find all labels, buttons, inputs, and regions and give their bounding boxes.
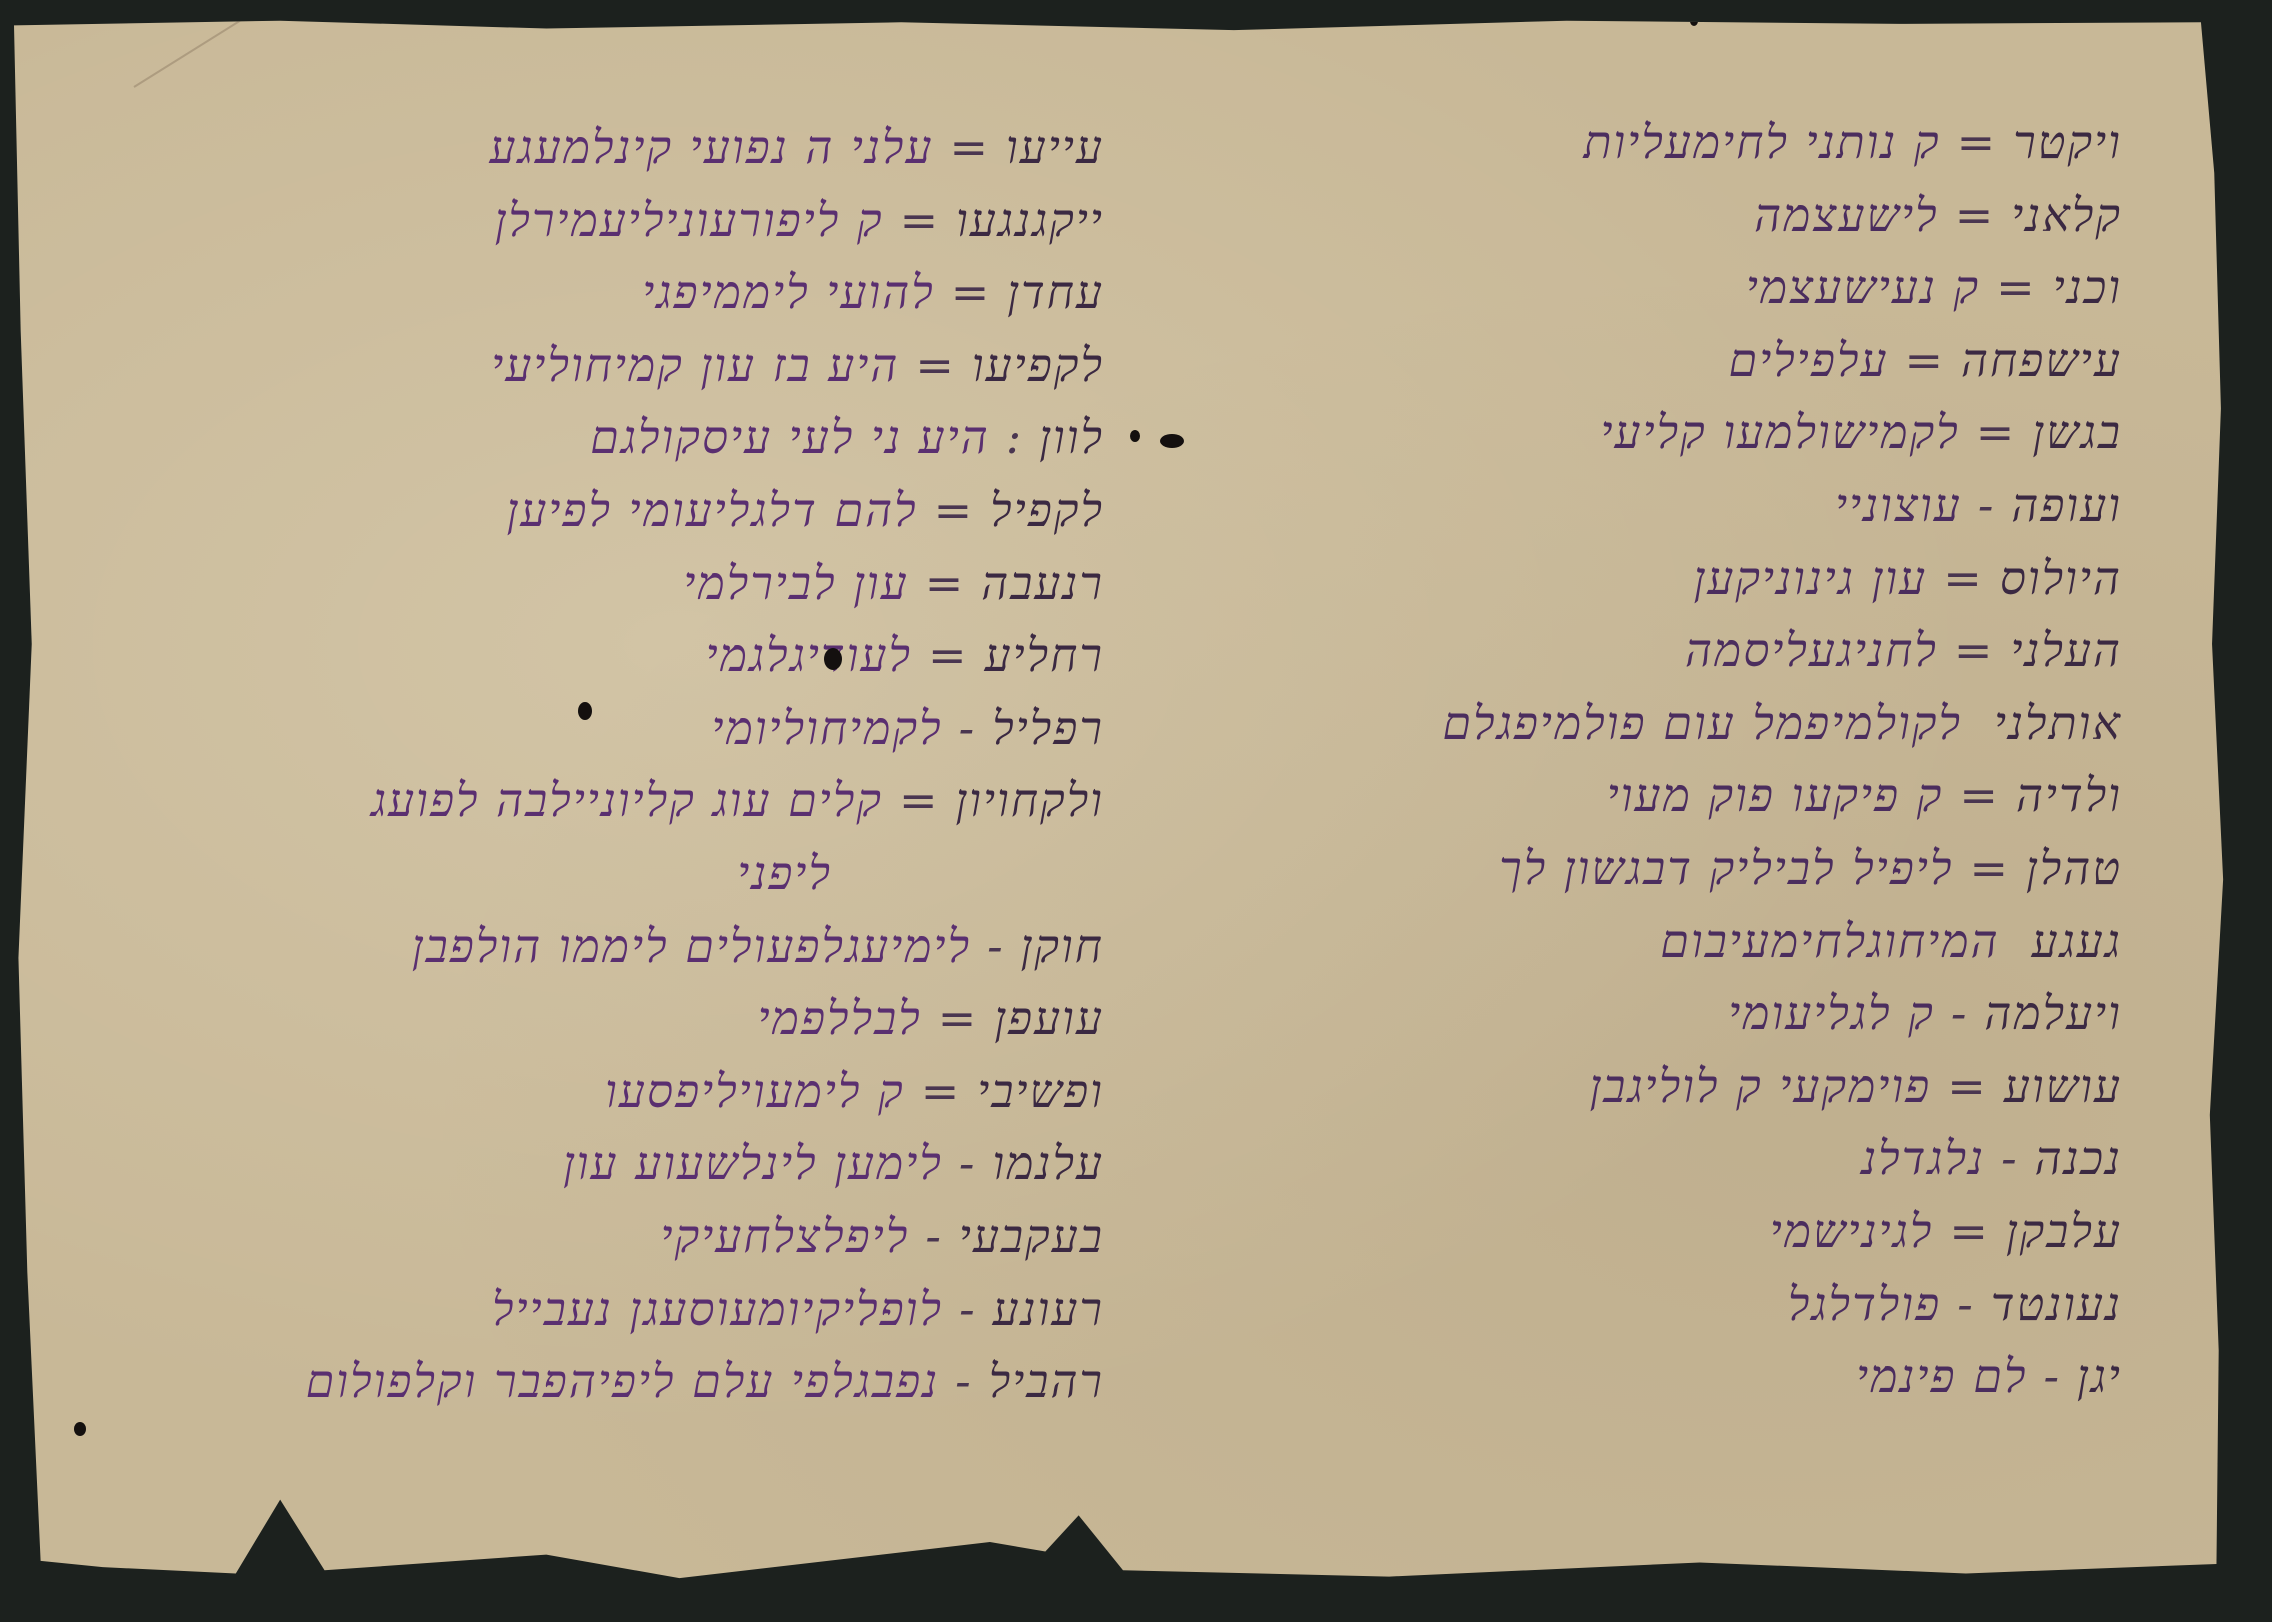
equals-sign: = [909,556,982,610]
glossary-definition: ליפלצלחעיקי [661,1209,910,1263]
ink-blot [578,702,592,720]
equals-sign: - [971,919,1021,973]
glossary-line: חוקן-לימיעגלפעולים ליממו הולפבן [44,910,1104,983]
equals-sign: = [1953,841,2026,895]
glossary-term: יגן [2077,1349,2122,1403]
glossary-term: עייעו [1006,120,1104,174]
glossary-term: ויעלמה [1984,986,2122,1040]
glossary-term: נעונטד [1991,1277,2122,1331]
equals-sign: : [990,410,1040,464]
glossary-term: רהביל [989,1354,1104,1408]
glossary-term: ויקטר [2013,115,2122,169]
glossary-line: נכנה-נלגדלנ [1072,1122,2122,1195]
equals-sign: = [933,120,1006,174]
equals-sign: = [899,338,972,392]
glossary-term: עושוע [2004,1059,2122,1113]
glossary-term: ייקגנגעו [956,193,1104,247]
glossary-definition: לקמישולמעו קליעי [1600,405,1959,459]
equals-sign: = [1943,768,2016,822]
glossary-line: עחדן=להועי ליממיפגי [44,256,1104,329]
right-column: ויקטר=ק נותני לחימעליותקלאני=לישעצמהוכני… [1072,106,2122,1413]
glossary-definition: קלים עוג קליוניילבה לפועג [371,773,883,827]
equals-sign: = [884,193,957,247]
glossary-term: בעקבעי [959,1209,1104,1263]
glossary-definition: לישעצמה [1754,188,1939,242]
glossary-line: העלני=לחניגעליסמה [1072,614,2122,687]
equals-sign: = [1980,260,2053,314]
equals-sign: = [1927,551,2000,605]
glossary-term: עלנמו [992,1136,1104,1190]
glossary-definition: ק נעישעצמי [1746,260,1980,314]
glossary-term: קלאני [2011,188,2122,242]
glossary-definition: לימיעגלפעולים ליממו הולפבן [412,919,971,973]
glossary-term: לקפיל [990,483,1104,537]
glossary-line: רהביל-נפבגלפי עלם ליפיהפבר וקלפולום [44,1345,1104,1418]
glossary-definition: להועי ליממיפגי [642,265,934,319]
ink-blot [1130,430,1140,442]
ink-blot [1690,16,1698,26]
equals-sign: = [1889,333,1962,387]
glossary-line: יגן-לם פינמי [1072,1340,2122,1413]
glossary-line: רעונע-לופליקיומעוסעגן נעבייל [44,1273,1104,1346]
equals-sign [2000,914,2032,968]
glossary-definition: ליפני [737,846,832,900]
equals-sign: = [935,265,1008,319]
glossary-definition: לגינישמי [1770,1204,1934,1258]
equals-sign [832,846,864,900]
glossary-term: רנעבה [981,556,1104,610]
glossary-line: בעקבעי-ליפלצלחעיקי [44,1200,1104,1273]
glossary-definition: עון גינוניקען [1694,551,1928,605]
glossary-term: ועופה [2011,478,2122,532]
equals-sign: = [912,628,985,682]
equals-sign: - [909,1209,959,1263]
equals-sign: - [1962,478,2012,532]
equals-sign: = [1938,623,2011,677]
equals-sign: - [1941,1277,1991,1331]
glossary-definition: עוצוניי [1835,478,1962,532]
glossary-term: וכני [2053,260,2122,314]
glossary-line: ויקטר=ק נותני לחימעליות [1072,106,2122,179]
manuscript-page: ויקטר=ק נותני לחימעליותקלאני=לישעצמהוכני… [14,16,2232,1586]
glossary-term: העלני [2010,623,2122,677]
glossary-term: ופשיבי [977,1064,1104,1118]
glossary-line: נעונטד-פולדלגל [1072,1268,2122,1341]
ink-blot [1160,434,1184,448]
equals-sign: - [943,1282,993,1336]
glossary-line: ליפני [44,837,1104,910]
glossary-line: קלאני=לישעצמה [1072,179,2122,252]
equals-sign: = [1939,188,2012,242]
glossary-line: רנעבה=עון לבירלמי [44,547,1104,620]
glossary-line: עלבקן=לגינישמי [1072,1195,2122,1268]
glossary-line: היולוס=עון גינוניקען [1072,542,2122,615]
equals-sign: - [943,701,993,755]
left-column: עייעו=עלני ה נפועי קינלמעגעייקגנגעו=ק לי… [44,111,1104,1418]
glossary-definition: עון לבירלמי [683,556,908,610]
glossary-definition: פולדלגל [1788,1277,1941,1331]
equals-sign: = [1931,1059,2004,1113]
equals-sign: = [922,991,995,1045]
glossary-term: טהלן [2026,841,2122,895]
glossary-line: ופשיבי=ק לימעויליפסעו [44,1055,1104,1128]
equals-sign: = [883,773,956,827]
glossary-term: עועפן [994,991,1104,1045]
glossary-term: לוון [1039,410,1104,464]
glossary-term: רעונע [993,1282,1104,1336]
glossary-line: ויעלמה-ק לגליעומי [1072,977,2122,1050]
glossary-definition: ק ליפורעוניליעמירלן [495,193,884,247]
glossary-term: עלבקן [2006,1204,2122,1258]
equals-sign: = [1960,405,2033,459]
glossary-definition: ק לגליעומי [1728,986,1935,1040]
glossary-term: אותלני [1994,696,2122,750]
glossary-line: לקפיל=להם דלגליעומי לפיען [44,474,1104,547]
glossary-line: ולקחויון=קלים עוג קליוניילבה לפועג [44,764,1104,837]
glossary-definition: לופליקיומעוסעגן נעבייל [492,1282,943,1336]
glossary-definition: היע בז עון קמיחוליעי [491,338,899,392]
glossary-term: עישפחה [1961,333,2122,387]
ink-blot [824,648,842,670]
glossary-definition: להם דלגליעומי לפיען [507,483,918,537]
glossary-definition: ק פיקעו פוק מעוי [1607,768,1944,822]
glossary-line: עושוע=פוימקעי ק לוליגבן [1072,1050,2122,1123]
glossary-line: רחליע=לעודיגלגמי [44,619,1104,692]
glossary-line: ולדיה=ק פיקעו פוק מעוי [1072,759,2122,832]
glossary-line: בגשן=לקמישולמעו קליעי [1072,396,2122,469]
equals-sign: - [943,1136,993,1190]
glossary-line: געגעהמיחוגלחימעיבום [1072,905,2122,978]
glossary-term: חוקן [1021,919,1104,973]
glossary-line: עועפן=לבללפמי [44,982,1104,1055]
glossary-definition: נלגדלנ [1861,1131,1985,1185]
glossary-line: רפליל-לקמיחוליומי [44,692,1104,765]
glossary-definition: ק נותני לחימעליות [1583,115,1940,169]
glossary-line: ייקגנגעו=ק ליפורעוניליעמירלן [44,184,1104,257]
glossary-definition: ק לימעויליפסעו [605,1064,905,1118]
equals-sign: = [905,1064,978,1118]
glossary-definition: לקמיחוליומי [712,701,943,755]
glossary-definition: נפבגלפי עלם ליפיהפבר וקלפולום [306,1354,940,1408]
glossary-definition: עלני ה נפועי קינלמעגע [490,120,934,174]
equals-sign: - [1935,986,1985,1040]
glossary-definition: פוימקעי ק לוליגבן [1590,1059,1932,1113]
paper-crease [133,0,321,88]
glossary-definition: עלפילים [1729,333,1889,387]
glossary-line: עישפחה=עלפילים [1072,324,2122,397]
glossary-term: ולקחויון [956,773,1104,827]
glossary-term: לקפיעו [972,338,1104,392]
glossary-term: עחדן [1007,265,1104,319]
glossary-definition: לימען לינלשעוע עון [563,1136,943,1190]
glossary-term: ולדיה [2016,768,2122,822]
glossary-line: לוון:היע ני לעי עיסקולגם [44,401,1104,474]
equals-sign: = [918,483,991,537]
glossary-term: רפליל [992,701,1104,755]
glossary-line: עייעו=עלני ה נפועי קינלמעגע [44,111,1104,184]
glossary-term: היולוס [2000,551,2122,605]
glossary-definition: ליפיל לביליק דבגשון לך [1499,841,1953,895]
glossary-line: לקפיעו=היע בז עון קמיחוליעי [44,329,1104,402]
equals-sign: = [1941,115,2014,169]
glossary-line: ועופה-עוצוניי [1072,469,2122,542]
glossary-term: נכנה [2035,1131,2122,1185]
glossary-term: רחליע [985,628,1104,682]
equals-sign: = [1933,1204,2006,1258]
glossary-term: בגשן [2032,405,2122,459]
glossary-definition: המיחוגלחימעיבום [1660,914,1999,968]
equals-sign: - [2027,1349,2077,1403]
glossary-definition: לם פינמי [1856,1349,2027,1403]
glossary-line: טהלן=ליפיל לביליק דבגשון לך [1072,832,2122,905]
equals-sign [1962,696,1994,750]
glossary-line: וכני=ק נעישעצמי [1072,251,2122,324]
equals-sign: - [1985,1131,2035,1185]
glossary-definition: לחניגעליסמה [1685,623,1938,677]
glossary-definition: היע ני לעי עיסקולגם [590,410,990,464]
glossary-definition: לבללפמי [758,991,922,1045]
glossary-line: אותלנילקולמיפמל עום פולמיפגלם [1072,687,2122,760]
glossary-term: געגע [2032,914,2122,968]
ink-blot [74,1422,86,1436]
glossary-definition: לעודיגלגמי [706,628,912,682]
glossary-line: עלנמו-לימען לינלשעוע עון [44,1127,1104,1200]
equals-sign: - [939,1354,989,1408]
glossary-definition: לקולמיפמל עום פולמיפגלם [1442,696,1962,750]
